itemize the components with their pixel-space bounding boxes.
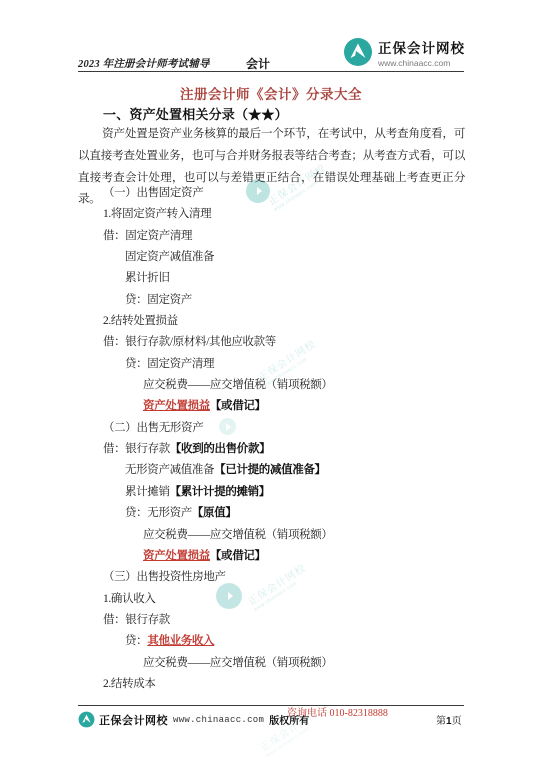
footer-brand-name: 正保会计网校 — [99, 712, 168, 728]
entry-text: 【收到的出售价款】 — [170, 443, 270, 455]
entry-text: 应交税费——应交增值税（销项税额） — [143, 529, 333, 541]
entry-text: 【累计计提的摊销】 — [170, 486, 270, 498]
entry-text: 1.确认收入 — [103, 593, 156, 605]
entry-line: 1.将固定资产转入清理 — [78, 204, 478, 225]
entry-line: 固定资产减值准备 — [78, 247, 478, 268]
footer-divider — [78, 705, 464, 706]
entry-line: 无形资产减值准备【已计提的减值准备】 — [78, 460, 478, 481]
entry-text: 2.结转成本 — [103, 678, 156, 690]
entry-text: 【或借记】 — [210, 400, 266, 412]
page-title: 注册会计师《会计》分录大全 — [78, 83, 464, 103]
entry-line: 资产处置损益【或借记】 — [78, 546, 478, 567]
header-subject: 会计 — [246, 55, 270, 72]
brand-logo-text: 正保会计网校 www.chinaacc.com — [378, 37, 465, 68]
entry-text: （三）出售投资性房地产 — [103, 571, 226, 583]
entry-text: 借：银行存款 — [103, 614, 170, 626]
brand-name: 正保会计网校 — [378, 37, 465, 57]
entry-line: 累计摊销【累计计提的摊销】 — [78, 482, 478, 503]
entry-line: 贷：固定资产清理 — [78, 354, 478, 375]
entry-line: 借：固定资产清理 — [78, 226, 478, 247]
journal-entries: （一）出售固定资产1.将固定资产转入清理借：固定资产清理固定资产减值准备累计折旧… — [78, 183, 478, 695]
entry-line: 1.确认收入 — [78, 589, 478, 610]
brand-logo-icon — [343, 37, 373, 67]
entry-line: 贷：无形资产【原值】 — [78, 503, 478, 524]
brand-url: www.chinaacc.com — [378, 58, 465, 68]
entry-line: （二）出售无形资产 — [78, 418, 478, 439]
entry-line: 资产处置损益【或借记】 — [78, 396, 478, 417]
entry-text: 【已计提的减值准备】 — [214, 464, 326, 476]
entry-text: 贷：固定资产清理 — [125, 358, 214, 370]
entry-text: 贷： — [125, 635, 147, 647]
header-divider — [78, 71, 464, 72]
entry-line: 应交税费——应交增值税（销项税额） — [78, 375, 478, 396]
entry-text: 固定资产减值准备 — [125, 251, 214, 263]
entry-text: 贷：固定资产 — [125, 294, 192, 306]
entry-line: （三）出售投资性房地产 — [78, 567, 478, 588]
entry-text: 累计折旧 — [125, 272, 170, 284]
footer-page-number: 第1页 — [436, 712, 462, 727]
highlighted-account: 资产处置损益 — [143, 550, 210, 562]
entry-line: 借：银行存款/原材料/其他应收款等 — [78, 332, 478, 353]
footer-phone: 咨询电话 010-82318888 — [287, 704, 388, 719]
entry-line: 借：银行存款 — [78, 610, 478, 631]
footer-brand-url: www.chinaacc.com — [173, 715, 264, 725]
entry-text: 借：银行存款 — [103, 443, 170, 455]
footer: 正保会计网校 www.chinaacc.com 版权所有 — [78, 711, 309, 728]
entry-line: 累计折旧 — [78, 268, 478, 289]
entry-text: 借：银行存款/原材料/其他应收款等 — [103, 336, 276, 348]
entry-text: 【原值】 — [192, 507, 237, 519]
document-page: 正保会计网校 www.chinaacc.com 正保会计网校 www.china… — [0, 0, 540, 764]
entry-text: （二）出售无形资产 — [103, 422, 203, 434]
highlighted-account: 其他业务收入 — [147, 635, 214, 647]
highlighted-account: 资产处置损益 — [143, 400, 210, 412]
entry-text: 【或借记】 — [210, 550, 266, 562]
entry-text: 贷：无形资产 — [125, 507, 192, 519]
entry-line: 2.结转处置损益 — [78, 311, 478, 332]
entry-text: 应交税费——应交增值税（销项税额） — [143, 379, 333, 391]
entry-text: 借：固定资产清理 — [103, 230, 192, 242]
footer-brand-logo-icon — [78, 711, 95, 728]
brand-logo: 正保会计网校 www.chinaacc.com — [343, 37, 465, 68]
header-course-note: 2023 年注册会计师考试辅导 — [78, 56, 210, 71]
entry-line: 借：银行存款【收到的出售价款】 — [78, 439, 478, 460]
entry-line: 2.结转成本 — [78, 674, 478, 695]
entry-line: 贷：其他业务收入 — [78, 631, 478, 652]
entry-text: （一）出售固定资产 — [103, 187, 203, 199]
entry-text: 累计摊销 — [125, 486, 170, 498]
entry-text: 2.结转处置损益 — [103, 315, 178, 327]
entry-line: 应交税费——应交增值税（销项税额） — [78, 525, 478, 546]
entry-text: 应交税费——应交增值税（销项税额） — [143, 657, 333, 669]
section-heading: 一、资产处置相关分录（★★） — [103, 104, 288, 123]
entry-text: 无形资产减值准备 — [125, 464, 214, 476]
entry-text: 1.将固定资产转入清理 — [103, 208, 211, 220]
entry-line: （一）出售固定资产 — [78, 183, 478, 204]
entry-line: 应交税费——应交增值税（销项税额） — [78, 653, 478, 674]
entry-line: 贷：固定资产 — [78, 290, 478, 311]
